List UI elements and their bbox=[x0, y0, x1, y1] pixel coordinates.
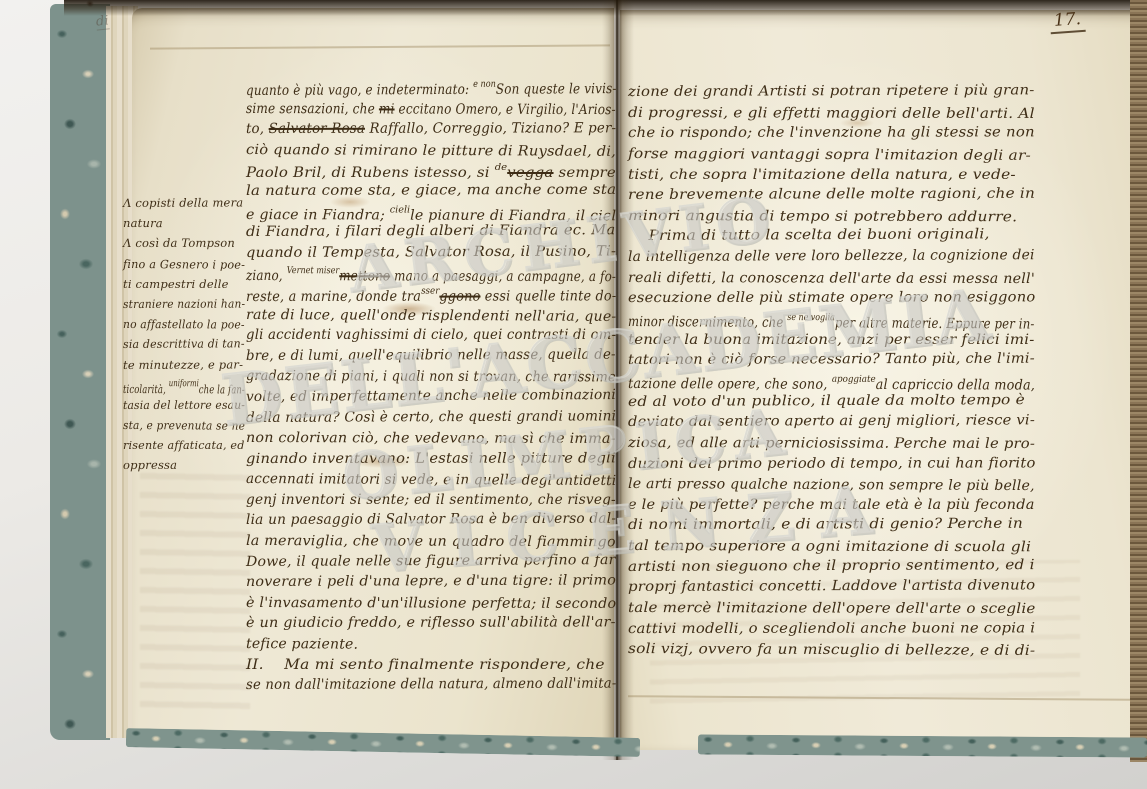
manuscript-line: quando il Tempesta, Salvator Rosa, il Pu… bbox=[246, 245, 618, 266]
manuscript-line: straniere nazioni han- bbox=[123, 297, 247, 317]
manuscript-line: e giace in Fiandra; cielile pianure di F… bbox=[246, 204, 618, 225]
page-edge-stack-right bbox=[1130, 0, 1147, 762]
manuscript-line: che io rispondo; che l'invenzione ha gli… bbox=[628, 125, 1037, 146]
interlinear-insertion: sser bbox=[421, 286, 439, 297]
manuscript-line: ziano, Vernet misermettono mano a paesag… bbox=[246, 265, 618, 286]
manuscript-line: di progressi, e gli effetti maggiori del… bbox=[628, 105, 1037, 126]
manuscript-line: rate di luce, quell'onde risplendenti ne… bbox=[246, 307, 618, 328]
manuscript-line: ziosa, ed alle arti perniciosissima. Per… bbox=[628, 435, 1037, 456]
interlinear-insertion: de bbox=[495, 162, 507, 173]
manuscript-line: oppressa bbox=[123, 458, 247, 478]
manuscript-line: genj inventori si sente; ed il sentiment… bbox=[246, 492, 618, 513]
manuscript-line: gradazione di piani, i quali non si trov… bbox=[246, 368, 618, 389]
manuscript-line: esecuzione delle più stimate opere loro … bbox=[628, 290, 1037, 311]
manuscript-line: risente affaticata, ed bbox=[123, 438, 247, 458]
struck-word: mi bbox=[379, 101, 395, 117]
marbled-cover-left-edge bbox=[50, 4, 110, 740]
struck-word: ggono bbox=[439, 288, 480, 304]
interlinear-insertion: se ne voglia bbox=[787, 312, 835, 323]
scanned-manuscript-spread: di 17. Λ copisti della meranaturaΛ così … bbox=[0, 0, 1147, 789]
manuscript-line: rene brevemente alcune delle molte ragio… bbox=[628, 187, 1037, 208]
pencil-annotation: di bbox=[95, 13, 109, 30]
manuscript-line: volte, ed imperfettamente anche nelle co… bbox=[246, 389, 618, 410]
manuscript-line: Prima di tutto la scelta dei buoni origi… bbox=[628, 228, 1037, 249]
manuscript-line: tatori non è ciò forse necessario? Tanto… bbox=[628, 352, 1037, 373]
left-page-text: quanto è più vago, e indeterminato: e no… bbox=[246, 80, 618, 698]
manuscript-line: di nomi immortali, e di artisti di genio… bbox=[628, 517, 1037, 538]
manuscript-line: gli accidenti vaghissimi di cielo, quei … bbox=[246, 327, 618, 348]
interlinear-insertion: cieli bbox=[390, 204, 410, 215]
manuscript-line: deviato dal sentiero aperto ai genj migl… bbox=[628, 414, 1037, 435]
manuscript-line: tazione delle opere, che sono, apoggiate… bbox=[628, 373, 1037, 394]
manuscript-line: ticolarità, uniformiche la fan- bbox=[123, 378, 247, 398]
manuscript-line: la meraviglia, che move un quadro del fi… bbox=[246, 533, 618, 554]
manuscript-line: sime sensazioni, che mi eccitano Omero, … bbox=[246, 101, 618, 122]
margin-notes: Λ copisti della meranaturaΛ così da Tomp… bbox=[123, 196, 247, 479]
manuscript-line: no affastellato la poe- bbox=[123, 317, 247, 337]
manuscript-line: Paolo Bril, di Rubens istesso, si devegg… bbox=[246, 162, 618, 183]
manuscript-line: le arti presso qualche nazione, son semp… bbox=[628, 476, 1037, 497]
manuscript-line: reali difetti, la conoscenza dell'arte d… bbox=[628, 270, 1037, 291]
struck-word: Salvator Rosa bbox=[269, 121, 365, 137]
manuscript-line: accennati imitatori si vede, e in quelle… bbox=[246, 471, 618, 492]
manuscript-line: II. Ma mi sento finalmente rispondere, c… bbox=[246, 657, 618, 678]
manuscript-line: sta, e prevenuta se ne bbox=[123, 418, 247, 438]
manuscript-line: tisti, che sopra l'imitazione della natu… bbox=[628, 167, 1037, 188]
manuscript-line: è un giudicio freddo, e riflesso sull'ab… bbox=[246, 615, 618, 636]
manuscript-line: non colorivan ciò, che vedevano, ma sì c… bbox=[246, 430, 618, 451]
manuscript-line: tender la buona imitazione, anzi per ess… bbox=[628, 332, 1037, 353]
struck-word: mettono bbox=[339, 269, 390, 285]
manuscript-line: e le più perfette? perche mai tale età è… bbox=[628, 497, 1037, 518]
manuscript-line: minor discernimento, che se ne vogliaper… bbox=[628, 311, 1037, 332]
manuscript-line: Λ così da Tompson bbox=[123, 236, 247, 256]
manuscript-line: natura bbox=[123, 216, 247, 236]
manuscript-line: reste, a marine, donde trasserggono essi… bbox=[246, 286, 618, 307]
manuscript-line: duzioni del primo periodo di tempo, in c… bbox=[628, 456, 1037, 477]
manuscript-line: forse maggiori vantaggi sopra l'imitazio… bbox=[628, 146, 1037, 167]
manuscript-line: zione dei grandi Artisti si potran ripet… bbox=[628, 84, 1037, 105]
interlinear-insertion: uniformi bbox=[169, 378, 199, 389]
manuscript-line: Dowe, il quale nelle sue figure arriva p… bbox=[246, 554, 618, 575]
manuscript-line: ginando inventavano: L'estasi nelle pitt… bbox=[246, 451, 618, 472]
interlinear-insertion: apoggiate bbox=[832, 374, 876, 385]
manuscript-line: se non dall'imitazione della natura, alm… bbox=[246, 677, 618, 698]
interlinear-insertion: e non bbox=[473, 79, 496, 90]
manuscript-line: tasia del lettore esau- bbox=[123, 398, 247, 418]
manuscript-line: la natura come sta, e giace, ma anche co… bbox=[246, 183, 618, 204]
manuscript-line: ciò quando si rimirano le pitture di Ruy… bbox=[246, 142, 618, 163]
manuscript-line: quanto è più vago, e indeterminato: e no… bbox=[246, 80, 618, 101]
manuscript-line: proprj fantastici concetti. Laddove l'ar… bbox=[628, 579, 1037, 600]
manuscript-line: di Fiandra, i filari degli alberi di Fia… bbox=[246, 224, 618, 245]
manuscript-line: noverare i peli d'una lepre, e d'una tig… bbox=[246, 574, 618, 595]
manuscript-line: lia un paesaggio di Salvator Rosa è ben … bbox=[246, 512, 618, 533]
manuscript-line: bre, e di lumi, quell'equilibrio nelle m… bbox=[246, 348, 618, 369]
manuscript-line: to, Salvator Rosa Raffallo, Correggio, T… bbox=[246, 121, 618, 142]
interlinear-insertion: Vernet miser bbox=[287, 265, 340, 276]
manuscript-line: sia descrittiva di tan- bbox=[123, 337, 247, 357]
manuscript-line: soli vizj, ovvero fa un miscuglio di bel… bbox=[628, 641, 1037, 662]
manuscript-line: tefice paziente. bbox=[246, 636, 618, 657]
manuscript-line: la intelligenza delle vere loro bellezze… bbox=[628, 249, 1037, 270]
manuscript-line: te minutezze, e par- bbox=[123, 358, 247, 378]
page-number: 17. bbox=[1049, 9, 1086, 34]
manuscript-line: ed al voto d'un publico, il quale da mol… bbox=[628, 394, 1037, 415]
manuscript-line: tale mercè l'imitazione dell'opere dell'… bbox=[628, 600, 1037, 621]
manuscript-line: ti campestri delle bbox=[123, 277, 247, 297]
struck-word: vegga bbox=[507, 165, 553, 181]
manuscript-line: è l'invasamento d'un'illusione perfetta;… bbox=[246, 595, 618, 616]
manuscript-line: della natura? Così è certo, che questi g… bbox=[246, 410, 618, 431]
manuscript-line: cattivi modelli, o scegliendoli anche bu… bbox=[628, 621, 1037, 642]
manuscript-line: tal tempo superiore a ogni imitazione di… bbox=[628, 538, 1037, 559]
manuscript-line: Λ copisti della mera bbox=[123, 196, 247, 216]
right-page-text: zione dei grandi Artisti si potran ripet… bbox=[628, 84, 1037, 662]
manuscript-line: fino a Gesnero i poe- bbox=[123, 257, 247, 277]
manuscript-line: artisti non sieguono che il proprio sent… bbox=[628, 559, 1037, 580]
marbled-cover-bottom-right bbox=[698, 734, 1147, 757]
